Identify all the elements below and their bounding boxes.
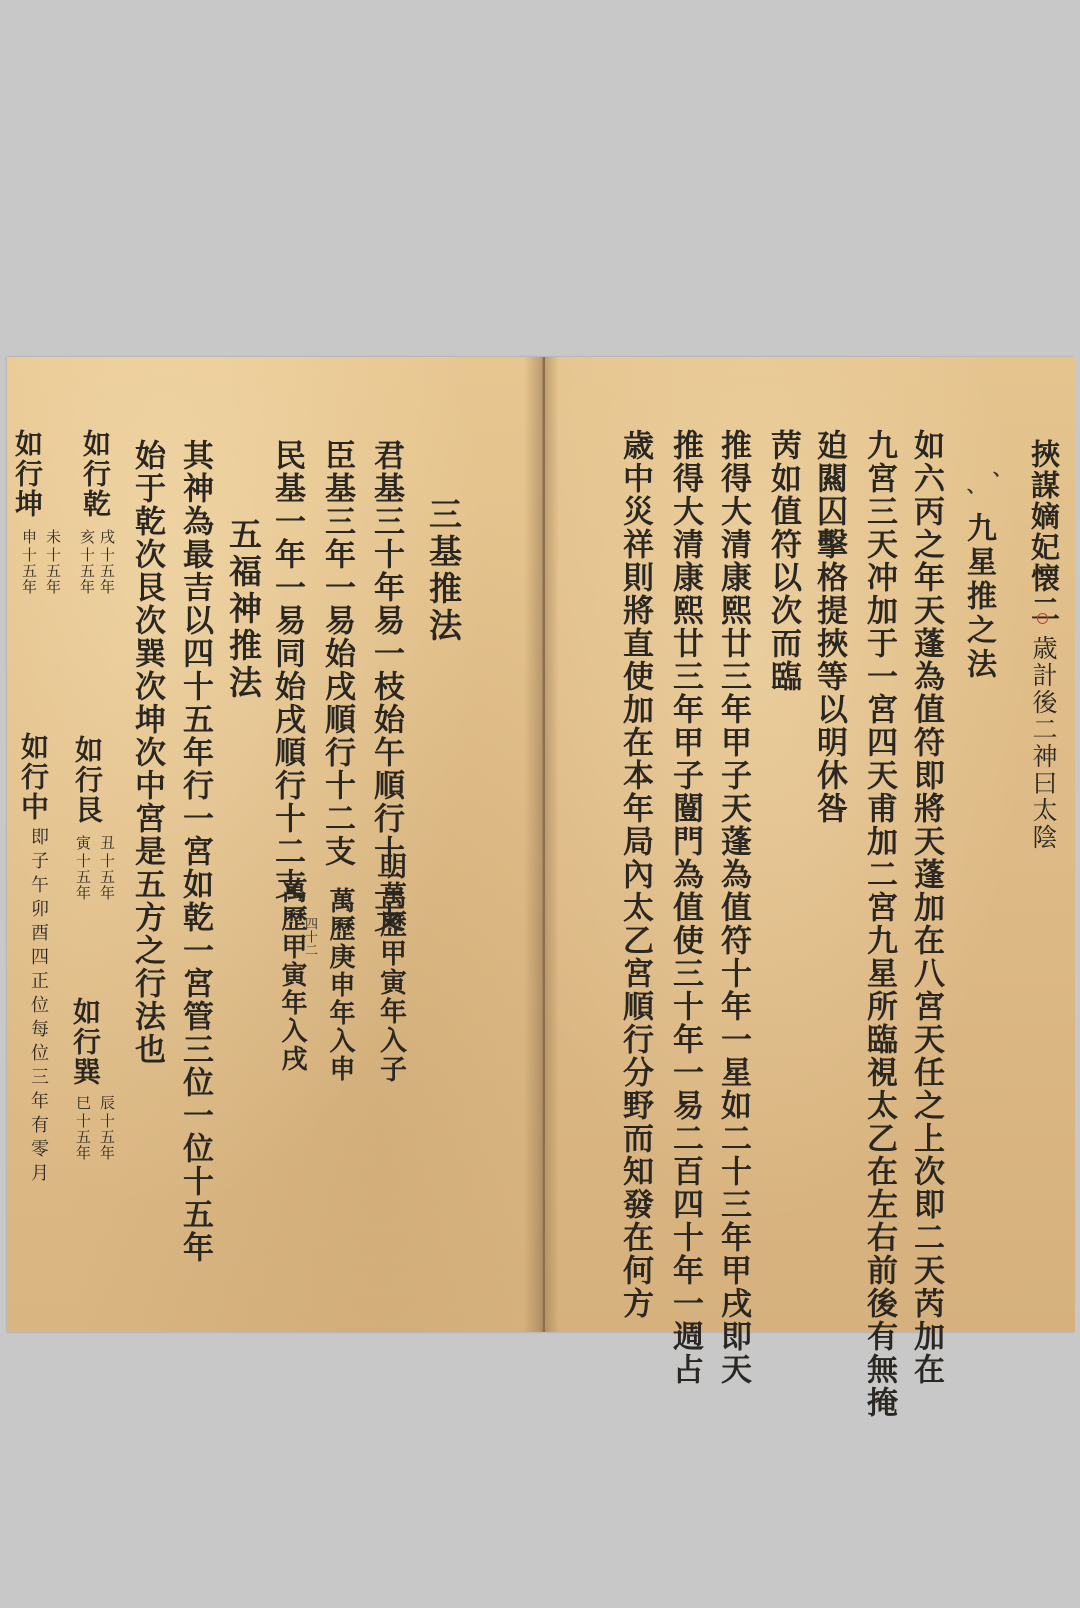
heading-wufu: 五福神推法 xyxy=(227,517,260,702)
text-column: 歳中災祥則將直使加在本年局內太乙宮順行分野而知發在何方 xyxy=(619,429,650,1320)
heading-jiuxing: 九星推之法 xyxy=(963,512,993,682)
example-branch: 巳 xyxy=(75,1095,90,1111)
left-page: 三基推法 君基三十年易一枝始午順行十二支 臣基三年一易始戌順行十二支 民基一年一… xyxy=(7,357,543,1332)
text-column: 始于乾次艮次巽次坤次中宮是五方之行法也 xyxy=(131,439,162,1066)
text-column: 其神為最吉以四十五年行一宮如乾一宮管三位一位十五年 xyxy=(179,439,210,1264)
text-column: 推得大清康熙廿三年甲子天蓬為值符十年一星如二十三年甲戌即天 xyxy=(717,429,748,1386)
example-years: 十五年 xyxy=(75,1113,90,1161)
punctuation-mark: 、 xyxy=(993,455,1011,481)
note-small: 四十二 xyxy=(303,917,316,956)
text-column: 推得大清康熙廿三年甲子闓門為值使三十年一易二百四十年一週占 xyxy=(669,429,700,1386)
example-branch: 戌 xyxy=(99,529,114,545)
example-branch: 辰 xyxy=(99,1095,114,1111)
red-seal-mark xyxy=(1037,613,1048,624)
example-years: 十五年 xyxy=(99,547,114,595)
title-line: 挾謀嫡妃懐二 xyxy=(1029,439,1058,625)
note-column: 萬歷庚申年入申 xyxy=(327,887,353,1083)
text-column: 苪如值符以次而臨 xyxy=(767,429,798,693)
right-page: 挾謀嫡妃懐二 歳計後二神曰太陰 、 、 九星推之法 如六丙之年天蓬為值符即將天蓬… xyxy=(543,357,1075,1332)
punctuation-mark: 、 xyxy=(967,472,985,498)
example-branch: 申 xyxy=(21,529,36,545)
example-years: 十五年 xyxy=(99,853,114,901)
example-label: 如行中 xyxy=(19,732,47,822)
text-column: 民基一年一易同始戌順行十二支 xyxy=(271,439,302,901)
example-years: 十五年 xyxy=(79,547,94,595)
example-branch: 未 xyxy=(45,529,60,545)
example-label: 如行巽 xyxy=(71,997,99,1087)
note-column: 明萬歷甲寅年入子 xyxy=(377,852,404,1084)
text-column: 如六丙之年天蓬為值符即將天蓬加在八宮天任之上次即二天芮加在 xyxy=(910,429,941,1386)
text-column: 九宮三天冲加于一宮四天甫加二宮九星所臨視太乙在左右前後有無掩 xyxy=(863,429,894,1419)
example-branch: 寅 xyxy=(75,835,90,851)
text-column: 臣基三年一易始戌順行十二支 xyxy=(321,439,352,868)
example-label: 如行艮 xyxy=(73,735,101,825)
example-branch: 丑 xyxy=(99,835,114,851)
example-label: 如行乾 xyxy=(81,429,109,519)
example-note: 即子午卯酉四正位每位三年有零月 xyxy=(29,827,47,1187)
title-line-suffix: 歳計後二神曰太陰 xyxy=(1031,635,1056,851)
heading-sanji: 三基推法 xyxy=(427,497,460,645)
example-years: 十五年 xyxy=(45,547,60,595)
example-years: 十五年 xyxy=(21,547,36,595)
example-years: 十五年 xyxy=(75,853,90,901)
text-column: 廹闗囚擊格提挾等以明休咎 xyxy=(813,429,844,825)
example-years: 十五年 xyxy=(99,1113,114,1161)
note-column: 萬歷甲寅年入戌 xyxy=(279,877,305,1073)
example-label: 如行坤 xyxy=(13,429,41,519)
book-spread: 三基推法 君基三十年易一枝始午順行十二支 臣基三年一易始戌順行十二支 民基一年一… xyxy=(7,357,1073,1332)
example-branch: 亥 xyxy=(79,529,94,545)
